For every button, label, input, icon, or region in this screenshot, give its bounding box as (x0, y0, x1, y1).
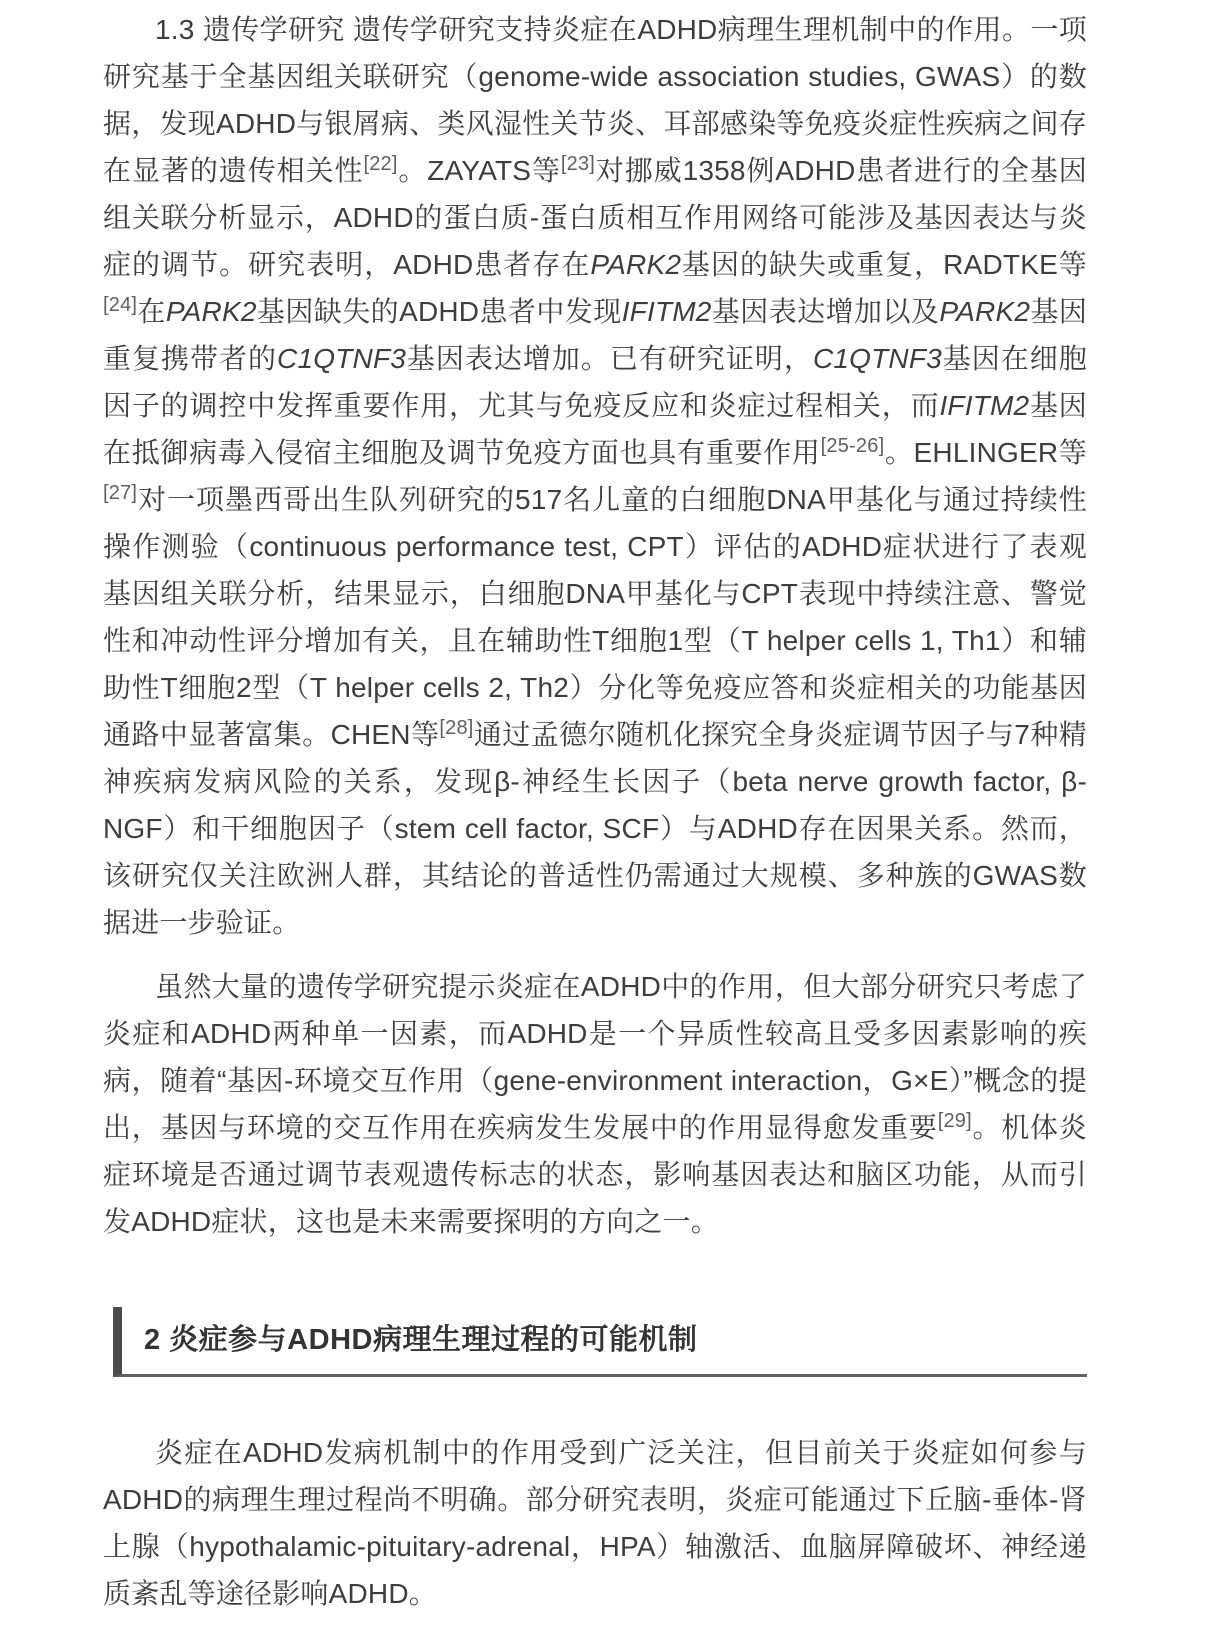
citation-ref: [24] (103, 294, 137, 316)
section-2-heading: 2 炎症参与ADHD病理生理过程的可能机制 (113, 1307, 1087, 1377)
citation-ref: [22] (363, 153, 397, 175)
text-run: 在 (137, 296, 166, 327)
text-run: 通过孟德尔随机化探究全身炎症调节因子与7种精神疾病发病风险的关系，发现β-神经生… (103, 719, 1087, 938)
text-run: 基因缺失的ADHD患者中发现 (257, 296, 622, 327)
gene-name: C1QTNF3 (813, 343, 942, 374)
document-page: 1.3 遗传学研究 遗传学研究支持炎症在ADHD病理生理机制中的作用。一项研究基… (0, 0, 1223, 1635)
section-2-heading-text: 2 炎症参与ADHD病理生理过程的可能机制 (144, 1324, 697, 1356)
citation-ref: [25-26] (821, 435, 885, 457)
paragraph: 1.3 遗传学研究 遗传学研究支持炎症在ADHD病理生理机制中的作用。一项研究基… (103, 6, 1087, 946)
section-1-paragraphs: 1.3 遗传学研究 遗传学研究支持炎症在ADHD病理生理机制中的作用。一项研究基… (103, 6, 1087, 1245)
text-run: 基因表达增加。已有研究证明， (406, 343, 813, 374)
gene-name: PARK2 (939, 296, 1030, 327)
text-run: 。EHLINGER等 (884, 437, 1087, 468)
gene-name: IFITM2 (622, 296, 712, 327)
gene-name: IFITM2 (939, 390, 1029, 421)
text-run: 基因表达增加以及 (712, 296, 940, 327)
gene-name: C1QTNF3 (277, 343, 406, 374)
section-2-paragraphs: 炎症在ADHD发病机制中的作用受到广泛关注，但目前关于炎症如何参与ADHD的病理… (103, 1429, 1087, 1617)
text-run: 。ZAYATS等 (398, 155, 561, 186)
gene-name: PARK2 (166, 296, 257, 327)
text-run: 基因的缺失或重复，RADTKE等 (681, 249, 1087, 280)
citation-ref: [27] (103, 482, 137, 504)
paragraph: 虽然大量的遗传学研究提示炎症在ADHD中的作用，但大部分研究只考虑了炎症和ADH… (103, 963, 1087, 1245)
citation-ref: [29] (938, 1110, 972, 1132)
paragraph: 炎症在ADHD发病机制中的作用受到广泛关注，但目前关于炎症如何参与ADHD的病理… (103, 1429, 1087, 1617)
citation-ref: [23] (561, 153, 595, 175)
text-run: 炎症在ADHD发病机制中的作用受到广泛关注，但目前关于炎症如何参与ADHD的病理… (103, 1437, 1087, 1609)
gene-name: PARK2 (590, 249, 681, 280)
citation-ref: [28] (439, 717, 473, 739)
text-run: 对一项墨西哥出生队列研究的517名儿童的白细胞DNA甲基化与通过持续性操作测验（… (103, 484, 1087, 750)
